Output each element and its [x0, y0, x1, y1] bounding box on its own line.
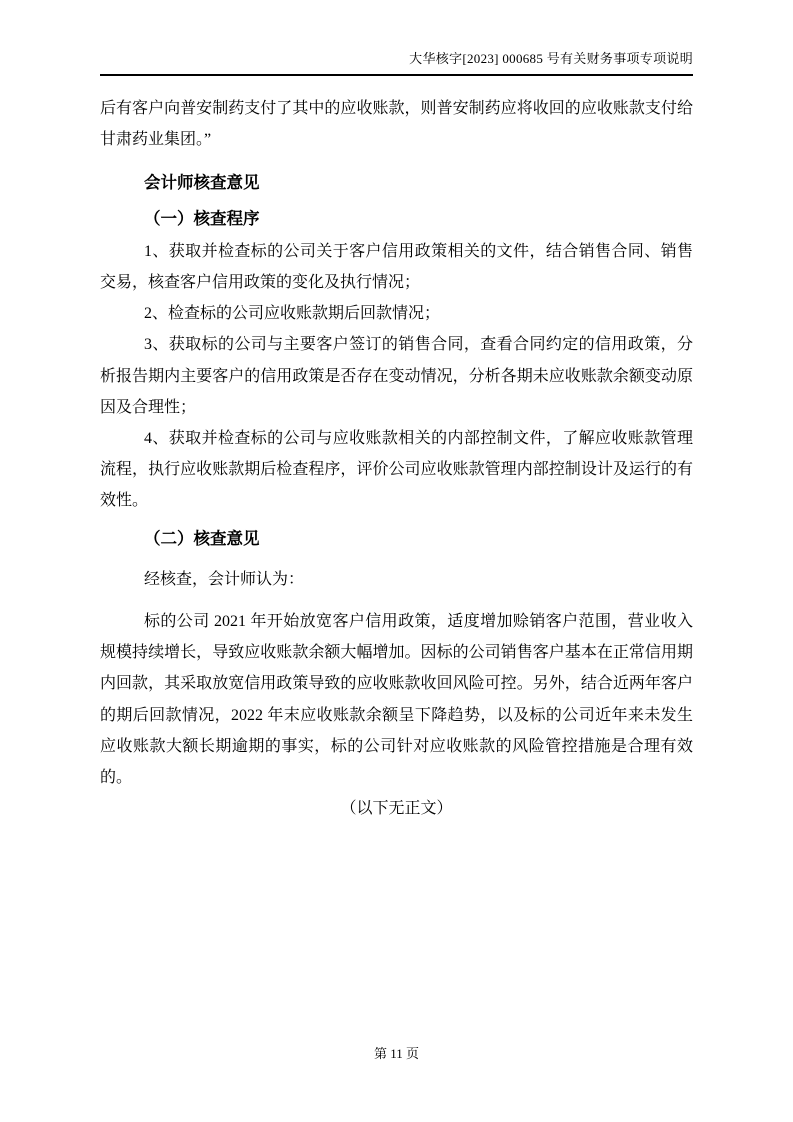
heading-verification-opinion: （二）核查意见	[100, 523, 693, 554]
page-footer: 第 11 页	[0, 1046, 793, 1062]
procedure-item-2: 2、检查标的公司应收账款期后回款情况；	[100, 298, 693, 329]
page-header: 大华核字[2023] 000685 号有关财务事项专项说明	[100, 0, 693, 76]
carryover-paragraph: 后有客户向普安制药支付了其中的应收账款，则普安制药应将收回的应收账款支付给甘肃药…	[100, 93, 693, 155]
conclusion-lead: 经核查，会计师认为：	[100, 564, 693, 595]
page-number: 第 11 页	[374, 1046, 419, 1061]
heading-verification-procedures: （一）核查程序	[100, 203, 693, 234]
procedure-item-4: 4、获取并检查标的公司与应收账款相关的内部控制文件，了解应收账款管理流程，执行应…	[100, 423, 693, 517]
heading-auditor-opinion: 会计师核查意见	[100, 167, 693, 198]
procedure-item-1: 1、获取并检查标的公司关于客户信用政策相关的文件，结合销售合同、销售交易，核查客…	[100, 236, 693, 298]
end-of-text-note: （以下无正文）	[100, 793, 693, 824]
conclusion-paragraph: 标的公司 2021 年开始放宽客户信用政策，适度增加赊销客户范围，营业收入规模持…	[100, 606, 693, 793]
document-page: 大华核字[2023] 000685 号有关财务事项专项说明 后有客户向普安制药支…	[0, 0, 793, 1122]
document-body: 后有客户向普安制药支付了其中的应收账款，则普安制药应将收回的应收账款支付给甘肃药…	[100, 93, 693, 824]
procedure-list: 1、获取并检查标的公司关于客户信用政策相关的文件，结合销售合同、销售交易，核查客…	[100, 236, 693, 517]
procedure-item-3: 3、获取标的公司与主要客户签订的销售合同，查看合同约定的信用政策，分析报告期内主…	[100, 329, 693, 423]
header-reference-text: 大华核字[2023] 000685 号有关财务事项专项说明	[100, 50, 693, 76]
